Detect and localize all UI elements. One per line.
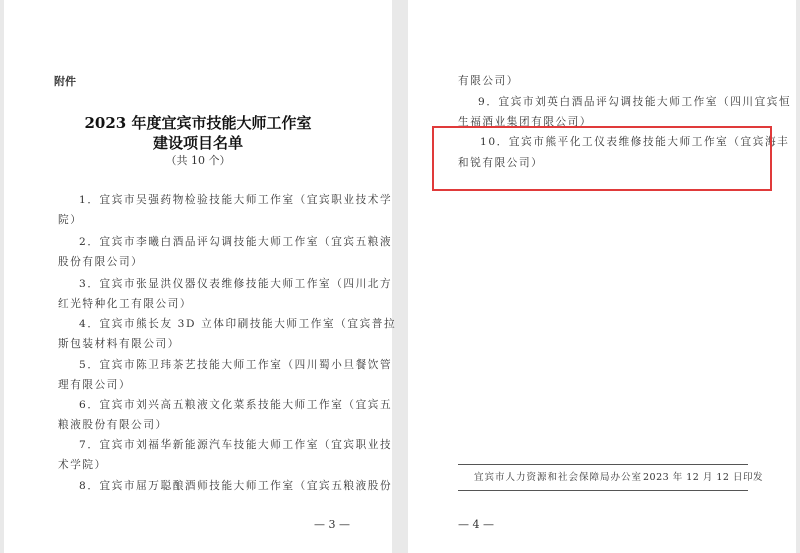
footer-bottom-rule — [458, 490, 748, 491]
list-item-2: 2．宜宾市李曦白酒品评勾调技能大师工作室（宜宾五粮液 — [79, 234, 392, 249]
footer-date: 2023 年 12 月 12 日印发 — [643, 469, 763, 483]
list-item-8: 8．宜宾市屈万聪酿酒师技能大师工作室（宜宾五粮液股份 — [79, 478, 392, 493]
footer-top-rule — [458, 464, 748, 465]
list-item-3: 3．宜宾市张显洪仪器仪表维修技能大师工作室（四川北方 — [79, 276, 392, 291]
list-item-1: 1．宜宾市吴强药物检验技能大师工作室（宜宾职业技术学 — [79, 192, 392, 207]
item-count-note: （共 10 个） — [4, 152, 392, 168]
page-number: — 3 — — [314, 518, 350, 531]
list-item-4-cont: 斯包装材料有限公司） — [58, 336, 180, 351]
list-item-4: 4．宜宾市熊长友 3D 立体印刷技能大师工作室（宜宾普拉 — [79, 316, 396, 331]
page-number: — 4 — — [458, 518, 494, 531]
list-item-6-cont: 粮液股份有限公司） — [58, 417, 168, 432]
list-item-8-cont: 有限公司） — [458, 73, 519, 88]
document-title-line1: 2023 年度宜宾市技能大师工作室 — [4, 112, 392, 133]
document-page-4: 有限公司） 9．宜宾市刘英白酒品评勾调技能大师工作室（四川宜宾恒 生福酒业集团有… — [408, 0, 796, 553]
list-item-5-cont: 理有限公司） — [58, 377, 131, 392]
list-item-3-cont: 红光特种化工有限公司） — [58, 296, 192, 311]
list-item-7-cont: 术学院） — [58, 457, 107, 472]
footer-issuer: 宜宾市人力资源和社会保障局办公室 — [474, 469, 642, 483]
list-item-1-cont: 院） — [58, 212, 82, 227]
list-item-5: 5．宜宾市陈卫玮茶艺技能大师工作室（四川蜀小旦餐饮管 — [79, 357, 392, 372]
highlight-box-item-10 — [432, 126, 772, 191]
list-item-2-cont: 股份有限公司） — [58, 254, 143, 269]
list-item-7: 7．宜宾市刘福华新能源汽车技能大师工作室（宜宾职业技 — [79, 437, 392, 452]
document-page-3: 附件 2023 年度宜宾市技能大师工作室 建设项目名单 （共 10 个） 1．宜… — [4, 0, 392, 553]
list-item-6: 6．宜宾市刘兴高五粮液文化菜系技能大师工作室（宜宾五 — [79, 397, 392, 412]
attachment-label: 附件 — [54, 73, 76, 89]
document-title-line2: 建设项目名单 — [4, 132, 392, 153]
list-item-9: 9．宜宾市刘英白酒品评勾调技能大师工作室（四川宜宾恒 — [478, 94, 791, 109]
